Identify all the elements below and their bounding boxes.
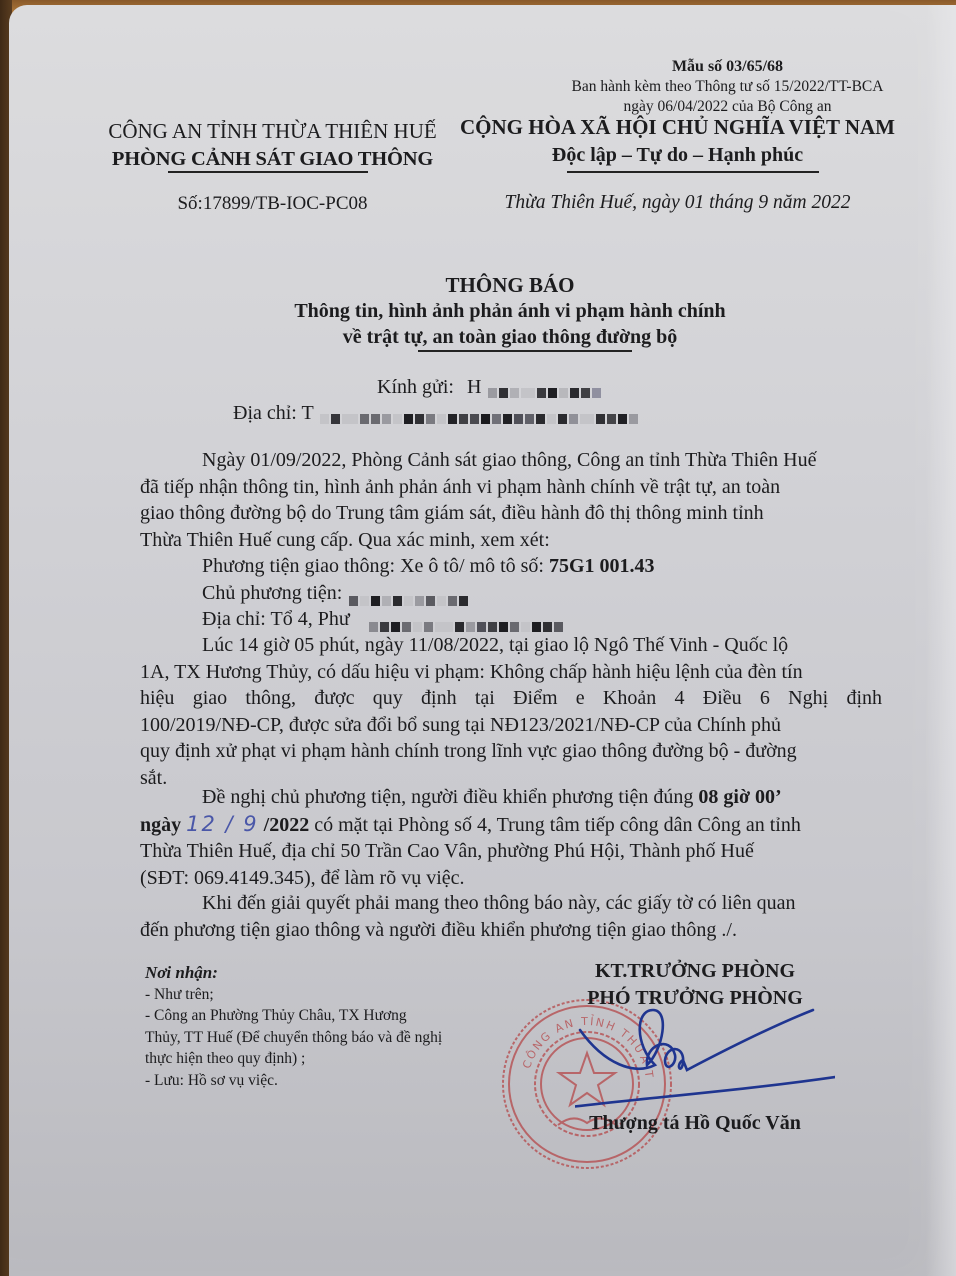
recipients-heading: Nơi nhận: (145, 962, 485, 984)
owner-address-label: Địa chỉ: Tổ 4, Phư (202, 608, 350, 630)
violation-line: 100/2019/NĐ-CP, được sửa đổi bổ sung tại… (140, 712, 882, 739)
appointment-time: 08 giờ 00’ (698, 786, 781, 808)
form-reference: Mẫu số 03/65/68 Ban hành kèm theo Thông … (555, 57, 900, 117)
signature-title: KT.TRƯỞNG PHÒNG PHÓ TRƯỞNG PHÒNG (520, 958, 870, 1012)
vehicle-line: Phương tiện giao thông: Xe ô tô/ mô tô s… (202, 553, 882, 580)
intro-line: Thừa Thiên Huế cung cấp. Qua xác minh, x… (140, 527, 882, 554)
intro-line: Ngày 01/09/2022, Phòng Cảnh sát giao thô… (140, 447, 882, 474)
recipient-item: - Như trên; (145, 984, 485, 1006)
violation-line: quy định xử phạt vi phạm hành chính tron… (140, 738, 882, 765)
agency-name: CÔNG AN TỈNH THỪA THIÊN HUẾ (100, 117, 445, 145)
redacted-owner (349, 587, 470, 601)
owner-line: Chủ phương tiện: (202, 580, 882, 607)
appointment-day-label: ngày (140, 814, 181, 836)
recipient-item: - Công an Phường Thủy Châu, TX Hương (145, 1005, 485, 1027)
request-prefix: Đề nghị chủ phương tiện, người điều khiể… (202, 786, 698, 808)
document-number: Số:17899/TB-IOC-PC08 (100, 193, 445, 215)
recipient-item: Thủy, TT Huế (Để chuyển thông báo và đề … (145, 1027, 485, 1049)
intro-paragraph: Ngày 01/09/2022, Phòng Cảnh sát giao thô… (140, 447, 882, 553)
owner-label: Chủ phương tiện: (202, 582, 342, 604)
title-line-2: về trật tự, an toàn giao thông đường bộ (180, 324, 840, 350)
violation-line: hiệu giao thông, được quy định tại Điểm … (140, 685, 882, 712)
redacted-name (488, 381, 603, 395)
violation-line: 1A, TX Hương Thủy, có dấu hiệu vi phạm: … (140, 659, 882, 686)
address-initial: T (302, 402, 314, 424)
violation-line: Lúc 14 giờ 05 phút, ngày 11/08/2022, tại… (140, 632, 882, 659)
greeting-label: Kính gửi: (377, 376, 454, 398)
recipient-item: - Lưu: Hồ sơ vụ việc. (145, 1070, 485, 1092)
address-line: Địa chỉ: T (233, 402, 640, 425)
country-name: CỘNG HÒA XÃ HỘI CHỦ NGHĨA VIỆT NAM (455, 113, 900, 141)
request-paragraph: Đề nghị chủ phương tiện, người điều khiể… (140, 784, 882, 891)
intro-line: giao thông đường bộ do Trung tâm giám sá… (140, 500, 882, 527)
issuing-agency-header: CÔNG AN TỈNH THỪA THIÊN HUẾ PHÒNG CẢNH S… (100, 117, 445, 173)
closing-paragraph: Khi đến giải quyết phải mang theo thông … (140, 890, 882, 943)
document-title: THÔNG BÁO Thông tin, hình ảnh phản ánh v… (180, 272, 840, 350)
greeting-initial: H (467, 376, 481, 398)
request-line: Thừa Thiên Huế, địa chỉ 50 Trần Cao Vân,… (140, 838, 882, 865)
form-code: Mẫu số 03/65/68 (555, 57, 900, 77)
vehicle-plate: 75G1 001.43 (549, 555, 655, 577)
owner-address-line: Địa chỉ: Tổ 4, Phư (202, 606, 882, 633)
form-issued-with: Ban hành kèm theo Thông tư số 15/2022/TT… (555, 77, 900, 97)
request-line: ngày 12 / 9 /2022 có mặt tại Phòng số 4,… (140, 811, 882, 839)
redacted-address (320, 407, 640, 421)
appointment-year: /2022 (264, 814, 310, 836)
national-header: CỘNG HÒA XÃ HỘI CHỦ NGHĨA VIỆT NAM Độc l… (455, 113, 900, 169)
handwritten-signature-icon (575, 1005, 835, 1115)
request-line: Đề nghị chủ phương tiện, người điều khiể… (140, 784, 882, 811)
agency-underline (168, 171, 368, 173)
closing-line: Khi đến giải quyết phải mang theo thông … (140, 890, 882, 917)
vehicle-info: Phương tiện giao thông: Xe ô tô/ mô tô s… (202, 553, 882, 633)
national-motto: Độc lập – Tự do – Hạnh phúc (455, 141, 900, 169)
vehicle-label: Phương tiện giao thông: Xe ô tô/ mô tô s… (202, 555, 549, 577)
closing-line: đến phương tiện giao thông và người điều… (140, 917, 882, 944)
violation-paragraph: Lúc 14 giờ 05 phút, ngày 11/08/2022, tại… (140, 632, 882, 791)
place-and-date: Thừa Thiên Huế, ngày 01 tháng 9 năm 2022 (455, 192, 900, 214)
greeting-line: Kính gửi: H (377, 376, 603, 399)
title-main: THÔNG BÁO (180, 272, 840, 298)
handwritten-date: 12 / 9 (186, 812, 259, 836)
motto-underline (567, 171, 819, 173)
recipients-list: Nơi nhận: - Như trên; - Công an Phường T… (145, 962, 485, 1091)
title-underline (418, 350, 632, 352)
title-line-1: Thông tin, hình ảnh phản ánh vi phạm hàn… (180, 298, 840, 324)
address-label: Địa chỉ: (233, 402, 297, 424)
signer-name: Thượng tá Hồ Quốc Văn (520, 1112, 870, 1135)
on-behalf-title: KT.TRƯỞNG PHÒNG (520, 958, 870, 985)
department-name: PHÒNG CẢNH SÁT GIAO THÔNG (100, 145, 445, 173)
request-line: (SĐT: 069.4149.345), để làm rõ vụ việc. (140, 865, 882, 892)
request-location: có mặt tại Phòng số 4, Trung tâm tiếp cô… (309, 814, 801, 836)
recipient-item: thực hiện theo quy định) ; (145, 1048, 485, 1070)
redacted-owner-address (369, 613, 565, 627)
intro-line: đã tiếp nhận thông tin, hình ảnh phản án… (140, 474, 882, 501)
